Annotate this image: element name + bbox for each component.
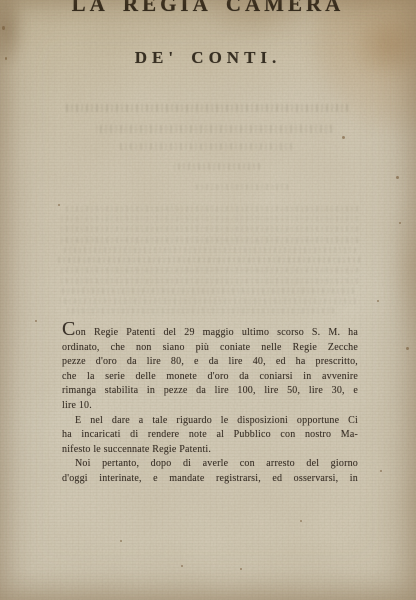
text-line: rimanga stabilita in pezze da lire 100, … xyxy=(62,384,358,399)
foxing-speck xyxy=(35,320,37,322)
ink-show-through xyxy=(60,226,358,232)
ink-show-through xyxy=(66,206,358,212)
paragraph-1: Con Regie Patenti del 29 maggio ultimo s… xyxy=(62,326,358,414)
text-line: E nel dare a tale riguardo le disposizio… xyxy=(62,414,358,429)
text-line: che la serie delle monete d'oro da conia… xyxy=(62,370,358,385)
ink-show-through xyxy=(196,184,288,190)
foxing-speck xyxy=(406,347,409,350)
ink-show-through xyxy=(58,237,358,243)
ink-show-through xyxy=(58,278,358,284)
paper-fibre-texture xyxy=(0,0,416,600)
foxing-speck xyxy=(342,136,345,139)
text-line: ordinato, che non siano più coniate nell… xyxy=(62,341,358,356)
text-line: Noi pertanto, dopo di averle con arresto… xyxy=(62,457,358,472)
foxing-speck xyxy=(399,222,401,224)
text-line: pezze d'oro da lire 80, e da lire 40, ed… xyxy=(62,355,358,370)
foxing-speck xyxy=(181,565,183,567)
drop-cap: C xyxy=(62,318,76,340)
page-subtitle: DE' CONTI. xyxy=(0,49,416,66)
foxing-speck xyxy=(2,26,5,30)
paragraph-3: Noi pertanto, dopo di averle con arresto… xyxy=(62,457,358,486)
foxing-speck xyxy=(377,300,379,302)
ink-show-through xyxy=(118,143,292,150)
ink-show-through xyxy=(64,104,348,112)
ink-show-through xyxy=(174,163,260,170)
paper-stain xyxy=(352,14,416,78)
ink-show-through xyxy=(64,308,334,314)
paper-grain-overlay xyxy=(0,0,416,600)
paragraph-2: E nel dare a tale riguardo le disposizio… xyxy=(62,414,358,458)
foxing-speck xyxy=(58,204,60,206)
ink-show-through xyxy=(62,247,356,253)
foxing-speck xyxy=(120,540,122,542)
foxing-speck xyxy=(240,568,242,570)
text-line: ha incaricati di rendere note al Pubblic… xyxy=(62,428,358,443)
foxing-speck xyxy=(300,520,302,522)
ink-show-through xyxy=(62,288,354,294)
ink-show-through xyxy=(58,216,358,222)
text-line: Con Regie Patenti del 29 maggio ultimo s… xyxy=(62,326,358,341)
text-line-rest: on Regie Patenti del 29 maggio ultimo sc… xyxy=(76,327,358,338)
paper-stain xyxy=(388,205,416,335)
document-body: Con Regie Patenti del 29 maggio ultimo s… xyxy=(62,326,358,487)
text-line: d'oggi interinate, e mandate registrarsi… xyxy=(62,472,358,487)
ink-show-through xyxy=(60,267,358,273)
ink-show-through xyxy=(96,125,332,133)
foxing-speck xyxy=(396,176,399,179)
text-line: nifesto le succennate Regie Patenti. xyxy=(62,443,358,458)
paper-stain xyxy=(308,0,416,134)
text-line: lire 10. xyxy=(62,399,358,414)
foxing-speck xyxy=(380,470,382,472)
page-vignette xyxy=(0,0,416,600)
ink-show-through xyxy=(58,257,360,263)
ink-show-through xyxy=(58,298,356,304)
scanned-document-page: LA REGIA CAMERA DE' CONTI. Con Regie Pat… xyxy=(0,0,416,600)
page-title: LA REGIA CAMERA xyxy=(0,0,416,15)
